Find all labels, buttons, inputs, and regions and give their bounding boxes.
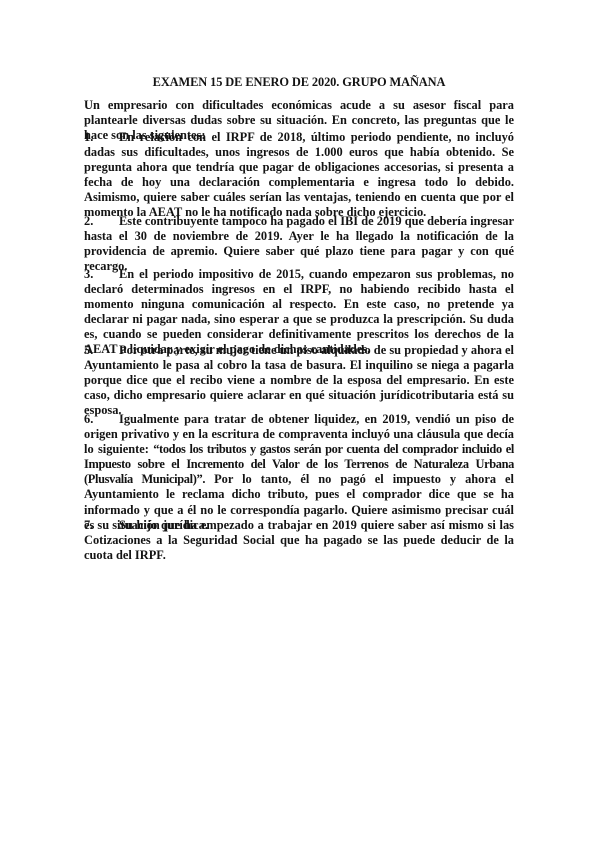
question-text: Su hijo que ha empezado a trabajar en 20… <box>84 518 514 562</box>
question-number: 5. <box>84 343 119 358</box>
question-text: Por otra parte, su mujer tiene un piso a… <box>84 343 514 417</box>
question-7: 7.Su hijo que ha empezado a trabajar en … <box>84 518 514 563</box>
question-2: 2.Este contribuyente tampoco ha pagado e… <box>84 214 514 274</box>
question-6: 6.Igualmente para tratar de obtener liqu… <box>84 412 514 533</box>
question-number: 6. <box>84 412 119 427</box>
question-number: 2. <box>84 214 119 229</box>
question-number: 1. <box>84 130 119 145</box>
question-text: Este contribuyente tampoco ha pagado el … <box>84 214 514 273</box>
question-1: 1.En relación con el IRPF de 2018, últim… <box>84 130 514 221</box>
question-5: 5.Por otra parte, su mujer tiene un piso… <box>84 343 514 418</box>
question-text: En relación con el IRPF de 2018, último … <box>84 130 514 219</box>
question-number: 7. <box>84 518 119 533</box>
document-title: EXAMEN 15 DE ENERO DE 2020. GRUPO MAÑANA <box>84 75 514 90</box>
question-number: 3. <box>84 267 119 282</box>
